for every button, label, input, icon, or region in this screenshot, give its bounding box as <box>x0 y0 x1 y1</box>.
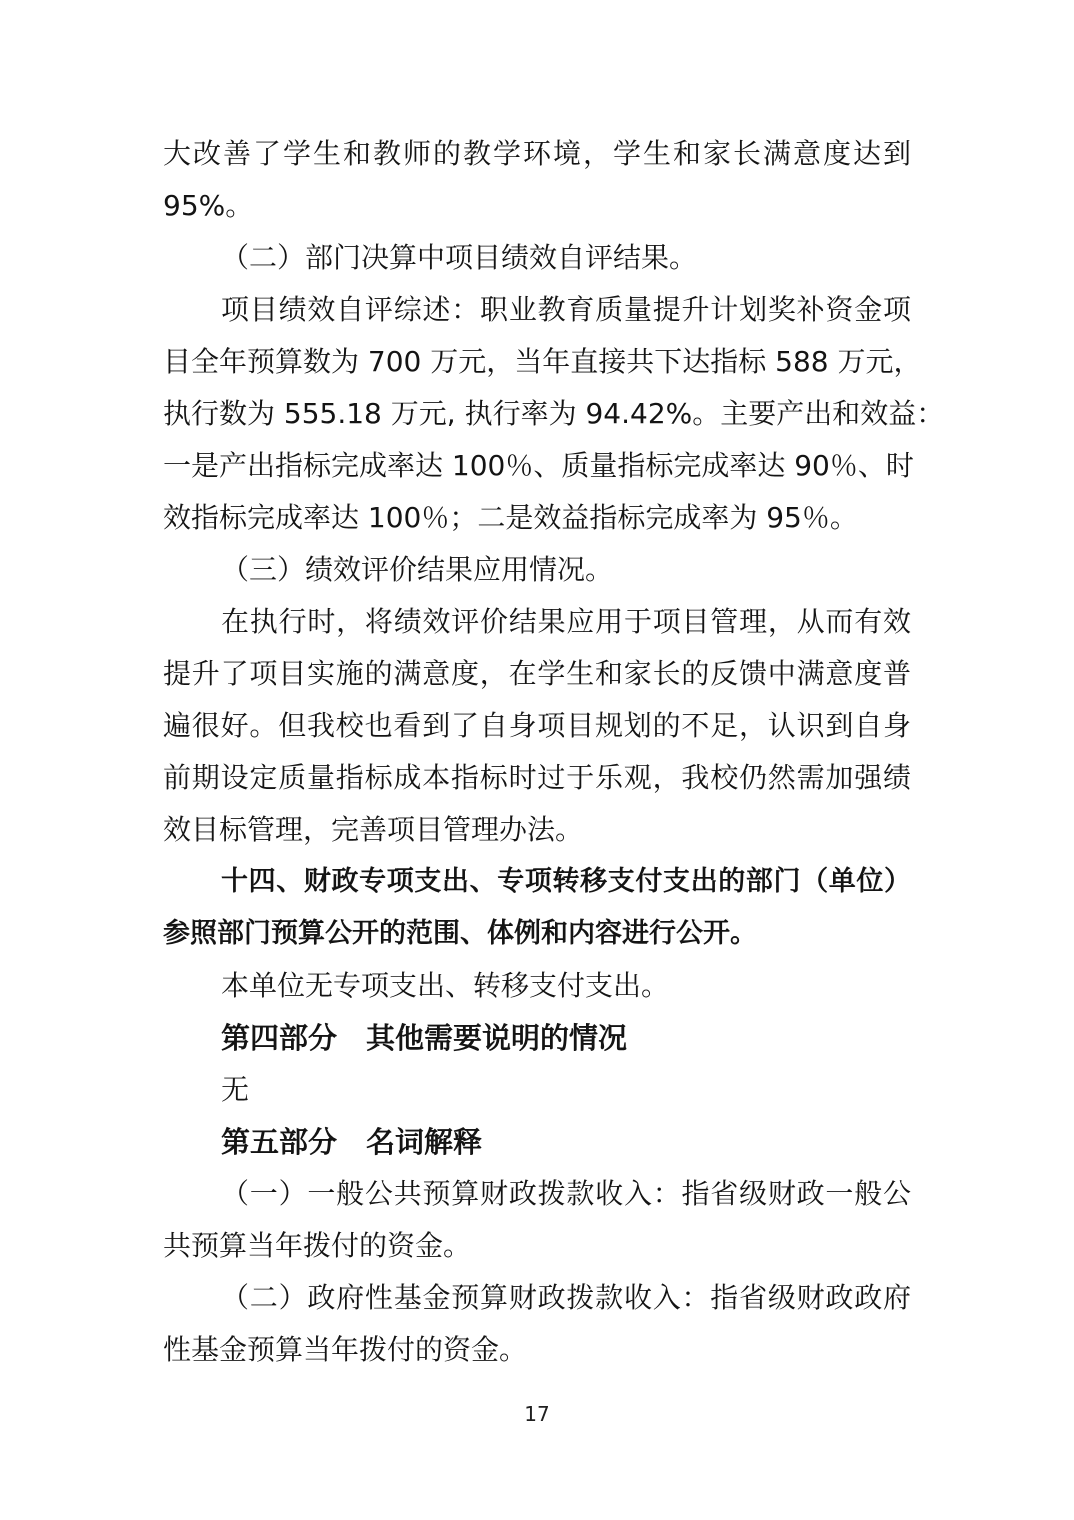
section-heading: 第四部分 其他需要说明的情况 <box>163 1012 911 1064</box>
section-heading: 第五部分 名词解释 <box>163 1116 911 1168</box>
text-line: 大改善了学生和教师的教学环境，学生和家长满意度达到 <box>163 128 911 180</box>
text-line: 在执行时，将绩效评价结果应用于项目管理，从而有效 <box>163 596 911 648</box>
text-line: （一）一般公共预算财政拨款收入：指省级财政一般公 <box>163 1168 911 1220</box>
text-line: 效指标完成率达 100％；二是效益指标完成率为 95％。 <box>163 492 911 544</box>
text-line: 提升了项目实施的满意度，在学生和家长的反馈中满意度普 <box>163 648 911 700</box>
text-line: 参照部门预算公开的范围、体例和内容进行公开。 <box>163 908 911 960</box>
text-line: 本单位无专项支出、转移支付支出。 <box>163 960 911 1012</box>
document-page: 大改善了学生和教师的教学环境，学生和家长满意度达到95%。（二）部门决算中项目绩… <box>0 0 1074 1520</box>
text-line: （三）绩效评价结果应用情况。 <box>163 544 911 596</box>
text-line: 执行数为 555.18 万元, 执行率为 94.42%。主要产出和效益： <box>163 388 911 440</box>
text-line: 95%。 <box>163 180 911 232</box>
text-line: 前期设定质量指标成本指标时过于乐观，我校仍然需加强绩 <box>163 752 911 804</box>
text-line: （二）部门决算中项目绩效自评结果。 <box>163 232 911 284</box>
text-line: 无 <box>163 1064 911 1116</box>
lines: 大改善了学生和教师的教学环境，学生和家长满意度达到95%。（二）部门决算中项目绩… <box>163 128 911 1376</box>
text-line: 目全年预算数为 700 万元，当年直接共下达指标 588 万元， <box>163 336 911 388</box>
text-line: 十四、财政专项支出、专项转移支付支出的部门（单位） <box>163 856 911 908</box>
text-line: 一是产出指标完成率达 100％、质量指标完成率达 90％、时 <box>163 440 911 492</box>
text-line: 项目绩效自评综述：职业教育质量提升计划奖补资金项 <box>163 284 911 336</box>
page-number: 17 <box>0 1402 1074 1426</box>
text-line: 性基金预算当年拨付的资金。 <box>163 1324 911 1376</box>
text-line: 遍很好。但我校也看到了自身项目规划的不足，认识到自身 <box>163 700 911 752</box>
text-line: 共预算当年拨付的资金。 <box>163 1220 911 1272</box>
document-body: 大改善了学生和教师的教学环境，学生和家长满意度达到95%。（二）部门决算中项目绩… <box>163 128 911 1376</box>
text-line: 效目标管理，完善项目管理办法。 <box>163 804 911 856</box>
text-line: （二）政府性基金预算财政拨款收入：指省级财政政府 <box>163 1272 911 1324</box>
